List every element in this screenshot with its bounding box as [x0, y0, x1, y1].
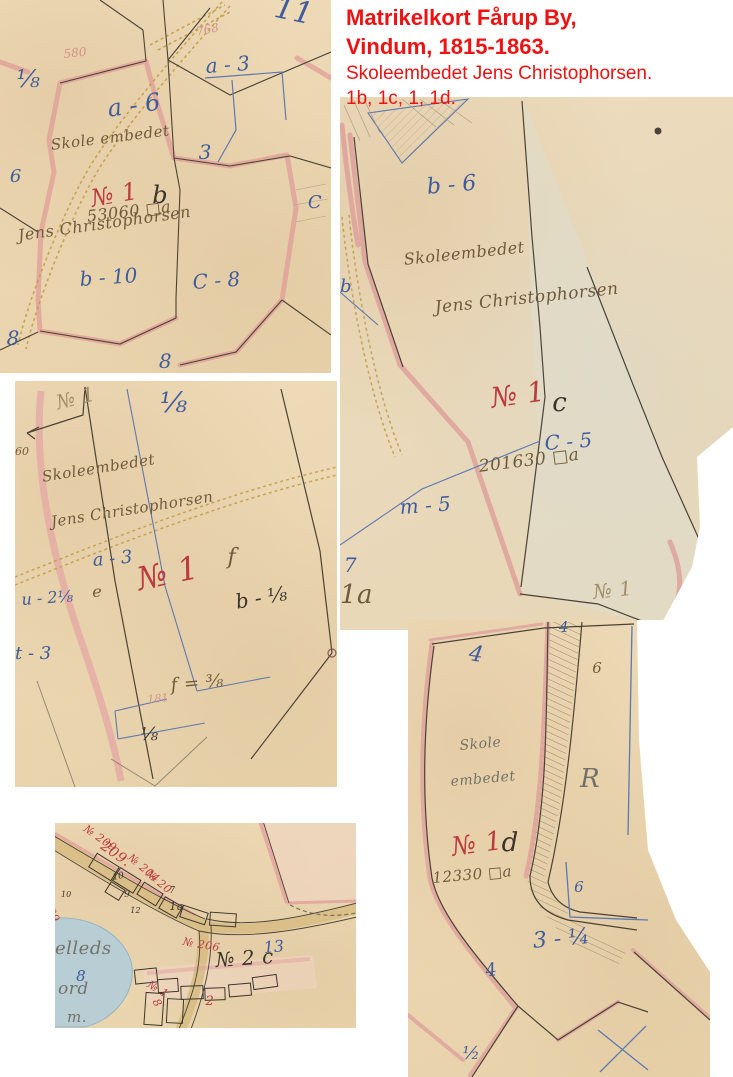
map-label: b [340, 278, 352, 296]
collage-canvas: 11768580⅛a - 3a - 636Skole embedet№ 1b53… [0, 0, 733, 1077]
map-label: a - 3 [205, 53, 250, 76]
map-label: 6 [10, 168, 21, 186]
map-label: b - 10 [79, 265, 138, 289]
map-label: 8 [76, 969, 86, 984]
map-annotations: № 209209.№ 204№ 20209№ 206№ 18213№ 2 cel… [55, 823, 356, 1028]
map-label: № 1 [489, 377, 547, 412]
map-annotations: 11768580⅛a - 3a - 636Skole embedet№ 1b53… [0, 0, 331, 373]
map-label: 768 [195, 21, 220, 38]
map-label: 2 [206, 995, 214, 1008]
map-label: 10 [61, 891, 71, 899]
map-label: 11 [272, 0, 316, 30]
map-label: № 1 [134, 551, 202, 595]
map-label: a - 6 [106, 90, 162, 121]
map-label: C [308, 194, 322, 212]
map-label: f [228, 547, 237, 569]
map-label: d [502, 830, 519, 856]
map-label: a - 3 [92, 548, 133, 569]
map-label: 4 [468, 643, 486, 667]
map-label: 12330 □a [432, 864, 513, 886]
map-label: 580 [63, 46, 87, 60]
map-label: № 1 [54, 384, 97, 413]
map-label: № 2 c [215, 946, 274, 970]
map-label: 12 [130, 907, 140, 915]
map-label: 8 [7, 328, 20, 348]
map-label: m - 5 [399, 493, 451, 517]
map-label: Skole embedet [50, 123, 170, 152]
map-annotations: 446SkoleembedetR№ 1d12330 □a63 - ¼4½ [408, 620, 710, 1077]
map-label: Skole [459, 735, 502, 753]
map-label: ½ [462, 1045, 479, 1063]
map-label: c [552, 390, 567, 416]
map-label: 1a [169, 901, 184, 912]
map-label: elleds [55, 940, 112, 958]
map-label: 209. [98, 839, 133, 869]
map-annotations: b - 6SkoleembedetJens Christophorsen№ 1c… [340, 97, 733, 630]
map-label: f = ⅜ [170, 673, 225, 696]
map-label: t - 3 [15, 645, 51, 663]
map-crop-2c: № 209209.№ 204№ 20209№ 206№ 18213№ 2 cel… [55, 823, 356, 1028]
map-label: ⅛ [141, 726, 158, 744]
map-label: Jens Christophorsen [50, 489, 214, 529]
map-label: b - ⅛ [234, 583, 288, 612]
caption-subtitle: Skoleembedet Jens Christophorsen. [346, 61, 732, 86]
map-label: 181 [147, 692, 169, 705]
map-label: № 1 [450, 828, 504, 861]
map-label: 9 [124, 891, 130, 900]
map-label: 7 [344, 555, 357, 575]
map-label: b - 6 [426, 173, 477, 199]
map-label: 1a [340, 582, 373, 608]
map-crop-1c: b - 6SkoleembedetJens Christophorsen№ 1c… [340, 97, 733, 630]
map-label: Jens Christophorsen [434, 280, 619, 316]
map-label: Skoleembedet [41, 452, 156, 485]
map-label: 6 [574, 880, 584, 895]
map-label: e [92, 584, 102, 600]
map-label: u - 2⅛ [21, 589, 74, 609]
map-label: 4 [484, 961, 498, 981]
map-label: 8 [159, 351, 172, 371]
map-crop-1b: 11768580⅛a - 3a - 636Skole embedet№ 1b53… [0, 0, 331, 373]
map-label: embedet [450, 770, 516, 790]
caption-title-line-1: Matrikelkort Fårup By, [346, 3, 732, 32]
map-crop-1: № 1⅛60SkoleembedetJens Christophorsena -… [15, 381, 337, 787]
map-label: № 1 [592, 578, 633, 602]
map-label: 4 [559, 620, 569, 635]
caption-block: Matrikelkort Fårup By, Vindum, 1815-1863… [346, 3, 732, 111]
map-label: m. [67, 1010, 87, 1025]
caption-title-line-2: Vindum, 1815-1863. [346, 32, 732, 61]
map-label: ⅛ [17, 67, 40, 91]
map-label: R [580, 766, 600, 792]
map-label: № 1 [146, 979, 171, 1000]
map-crop-1d: 446SkoleembedetR№ 1d12330 □a63 - ¼4½ [408, 620, 710, 1077]
map-label: 3 [199, 142, 212, 162]
map-label: 209 [55, 899, 62, 924]
map-label: 8 [151, 997, 164, 1009]
map-label: Skoleembedet [403, 239, 525, 268]
map-label: 7 [169, 887, 175, 896]
map-label: 60 [15, 446, 29, 457]
map-label: 10 [112, 872, 125, 883]
map-label: C - 8 [192, 269, 241, 292]
map-label: 201630 □a [478, 447, 580, 476]
map-label: 6 [592, 661, 602, 676]
caption-parcel-list: 1b, 1c, 1, 1d. [346, 86, 732, 111]
map-label: 3 - ¼ [532, 926, 590, 953]
map-annotations: № 1⅛60SkoleembedetJens Christophorsena -… [15, 381, 337, 787]
map-label: ⅛ [160, 389, 187, 417]
